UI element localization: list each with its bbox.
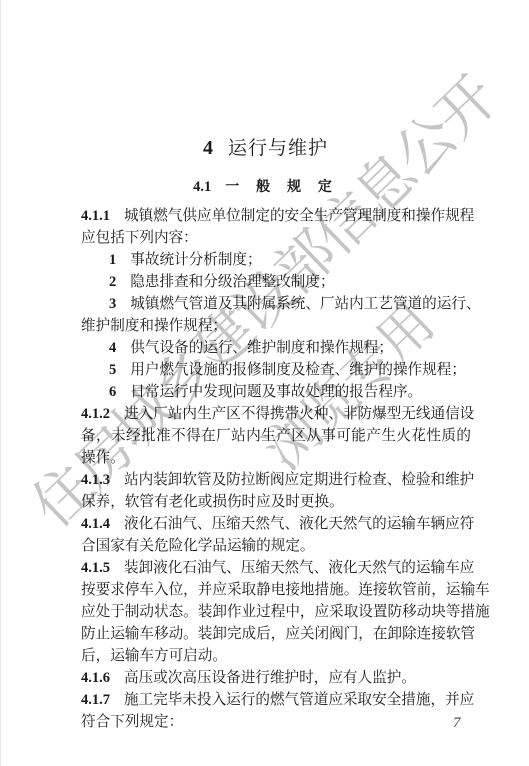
line-text: 隐患排查和分级治理整改制度；	[130, 273, 334, 290]
section-title: 4.1一 般 规 定	[1, 176, 529, 196]
line-text: 高压或次高压设备进行维护时，应有人监护。	[124, 669, 416, 686]
line-text: 事故统计分析制度；	[130, 251, 261, 268]
line-text: 后，运输车方可启动。	[81, 647, 227, 664]
clause-line: 4.1.2进入厂站内生产区不得携带火种、非防爆型无线通信设	[81, 403, 471, 425]
list-item: 1事故统计分析制度；	[81, 249, 471, 271]
text-line: 保养，软管有老化或损伤时应及时更换。	[81, 491, 471, 513]
clause-number: 4.1.3	[81, 472, 110, 488]
line-text: 施工完毕未投入运行的燃气管道应采取安全措施，并应	[124, 691, 474, 708]
text-line: 后，运输车方可启动。	[81, 645, 471, 667]
document-page: 住房城乡建设部信息公开 浏览专用 4运行与维护 4.1一 般 规 定 4.1.1…	[0, 0, 529, 766]
clause-number: 4.1.1	[81, 208, 110, 224]
text-line: 按要求停车入位，并应采取静电接地措施。连接软管前，运输车	[81, 579, 471, 601]
clause-line: 4.1.3站内装卸软管及防拉断阀应定期进行检查、检验和维护	[81, 469, 471, 491]
clause-number: 4.1.2	[81, 406, 110, 422]
line-text: 符合下列规定：	[81, 713, 183, 730]
clause-number: 4.1.5	[81, 560, 110, 576]
line-text: 应包括下列内容：	[81, 229, 198, 246]
line-text: 保养，软管有老化或损伤时应及时更换。	[81, 493, 344, 510]
line-text: 装卸液化石油气、压缩天然气、液化天然气的运输车应	[124, 559, 474, 576]
line-text: 液化石油气、压缩天然气、液化天然气的运输车辆应符	[124, 515, 474, 532]
line-text: 操作。	[81, 449, 125, 466]
line-text: 备，未经批准不得在厂站内生产区从事可能产生火花性质的	[81, 427, 471, 444]
item-number: 1	[109, 252, 116, 268]
line-text: 合国家有关危险化学品运输的规定。	[81, 537, 315, 554]
section-number: 4.1	[193, 179, 211, 195]
text-line: 符合下列规定：	[81, 711, 471, 733]
line-text: 用户燃气设施的报修制度及检查、维护的操作规程；	[130, 361, 466, 378]
item-number: 2	[109, 274, 116, 290]
text-line: 应处于制动状态。装卸作业过程中，应采取设置防移动块等措施	[81, 601, 471, 623]
section-title-text: 一 般 规 定	[225, 179, 338, 195]
text-line: 维护制度和操作规程；	[81, 315, 471, 337]
clause-number: 4.1.4	[81, 516, 110, 532]
item-number: 3	[109, 296, 116, 312]
line-text: 城镇燃气供应单位制定的安全生产管理制度和操作规程	[124, 207, 474, 224]
document-body: 4.1.1城镇燃气供应单位制定的安全生产管理制度和操作规程应包括下列内容：1事故…	[81, 205, 471, 733]
line-text: 维护制度和操作规程；	[81, 317, 227, 334]
page-number: 7	[453, 715, 461, 732]
clause-line: 4.1.7施工完毕未投入运行的燃气管道应采取安全措施，并应	[81, 689, 471, 711]
text-line: 防止运输车移动。装卸完成后，应关闭阀门，在卸除连接软管	[81, 623, 471, 645]
clause-line: 4.1.4液化石油气、压缩天然气、液化天然气的运输车辆应符	[81, 513, 471, 535]
text-line: 合国家有关危险化学品运输的规定。	[81, 535, 471, 557]
clause-line: 4.1.1城镇燃气供应单位制定的安全生产管理制度和操作规程	[81, 205, 471, 227]
list-item: 4供气设备的运行、维护制度和操作规程；	[81, 337, 471, 359]
text-line: 备，未经批准不得在厂站内生产区从事可能产生火花性质的	[81, 425, 471, 447]
item-number: 5	[109, 362, 116, 378]
clause-number: 4.1.7	[81, 692, 110, 708]
chapter-title: 4运行与维护	[1, 133, 529, 160]
clause-number: 4.1.6	[81, 670, 110, 686]
line-text: 进入厂站内生产区不得携带火种、非防爆型无线通信设	[124, 405, 474, 422]
line-text: 供气设备的运行、维护制度和操作规程；	[130, 339, 393, 356]
list-item: 3城镇燃气管道及其附属系统、厂站内工艺管道的运行、	[81, 293, 471, 315]
item-number: 4	[109, 340, 116, 356]
line-text: 防止运输车移动。装卸完成后，应关闭阀门，在卸除连接软管	[81, 625, 475, 642]
line-text: 站内装卸软管及防拉断阀应定期进行检查、检验和维护	[124, 471, 474, 488]
chapter-title-text: 运行与维护	[228, 137, 328, 159]
list-item: 6日常运行中发现问题及事故处理的报告程序。	[81, 381, 471, 403]
line-text: 城镇燃气管道及其附属系统、厂站内工艺管道的运行、	[130, 295, 480, 312]
line-text: 日常运行中发现问题及事故处理的报告程序。	[130, 383, 422, 400]
clause-line: 4.1.6高压或次高压设备进行维护时，应有人监护。	[81, 667, 471, 689]
text-line: 应包括下列内容：	[81, 227, 471, 249]
chapter-number: 4	[203, 137, 214, 159]
item-number: 6	[109, 384, 116, 400]
list-item: 2隐患排查和分级治理整改制度；	[81, 271, 471, 293]
line-text: 按要求停车入位，并应采取静电接地措施。连接软管前，运输车	[81, 581, 490, 598]
line-text: 应处于制动状态。装卸作业过程中，应采取设置防移动块等措施	[81, 603, 490, 620]
text-line: 操作。	[81, 447, 471, 469]
clause-line: 4.1.5装卸液化石油气、压缩天然气、液化天然气的运输车应	[81, 557, 471, 579]
list-item: 5用户燃气设施的报修制度及检查、维护的操作规程；	[81, 359, 471, 381]
